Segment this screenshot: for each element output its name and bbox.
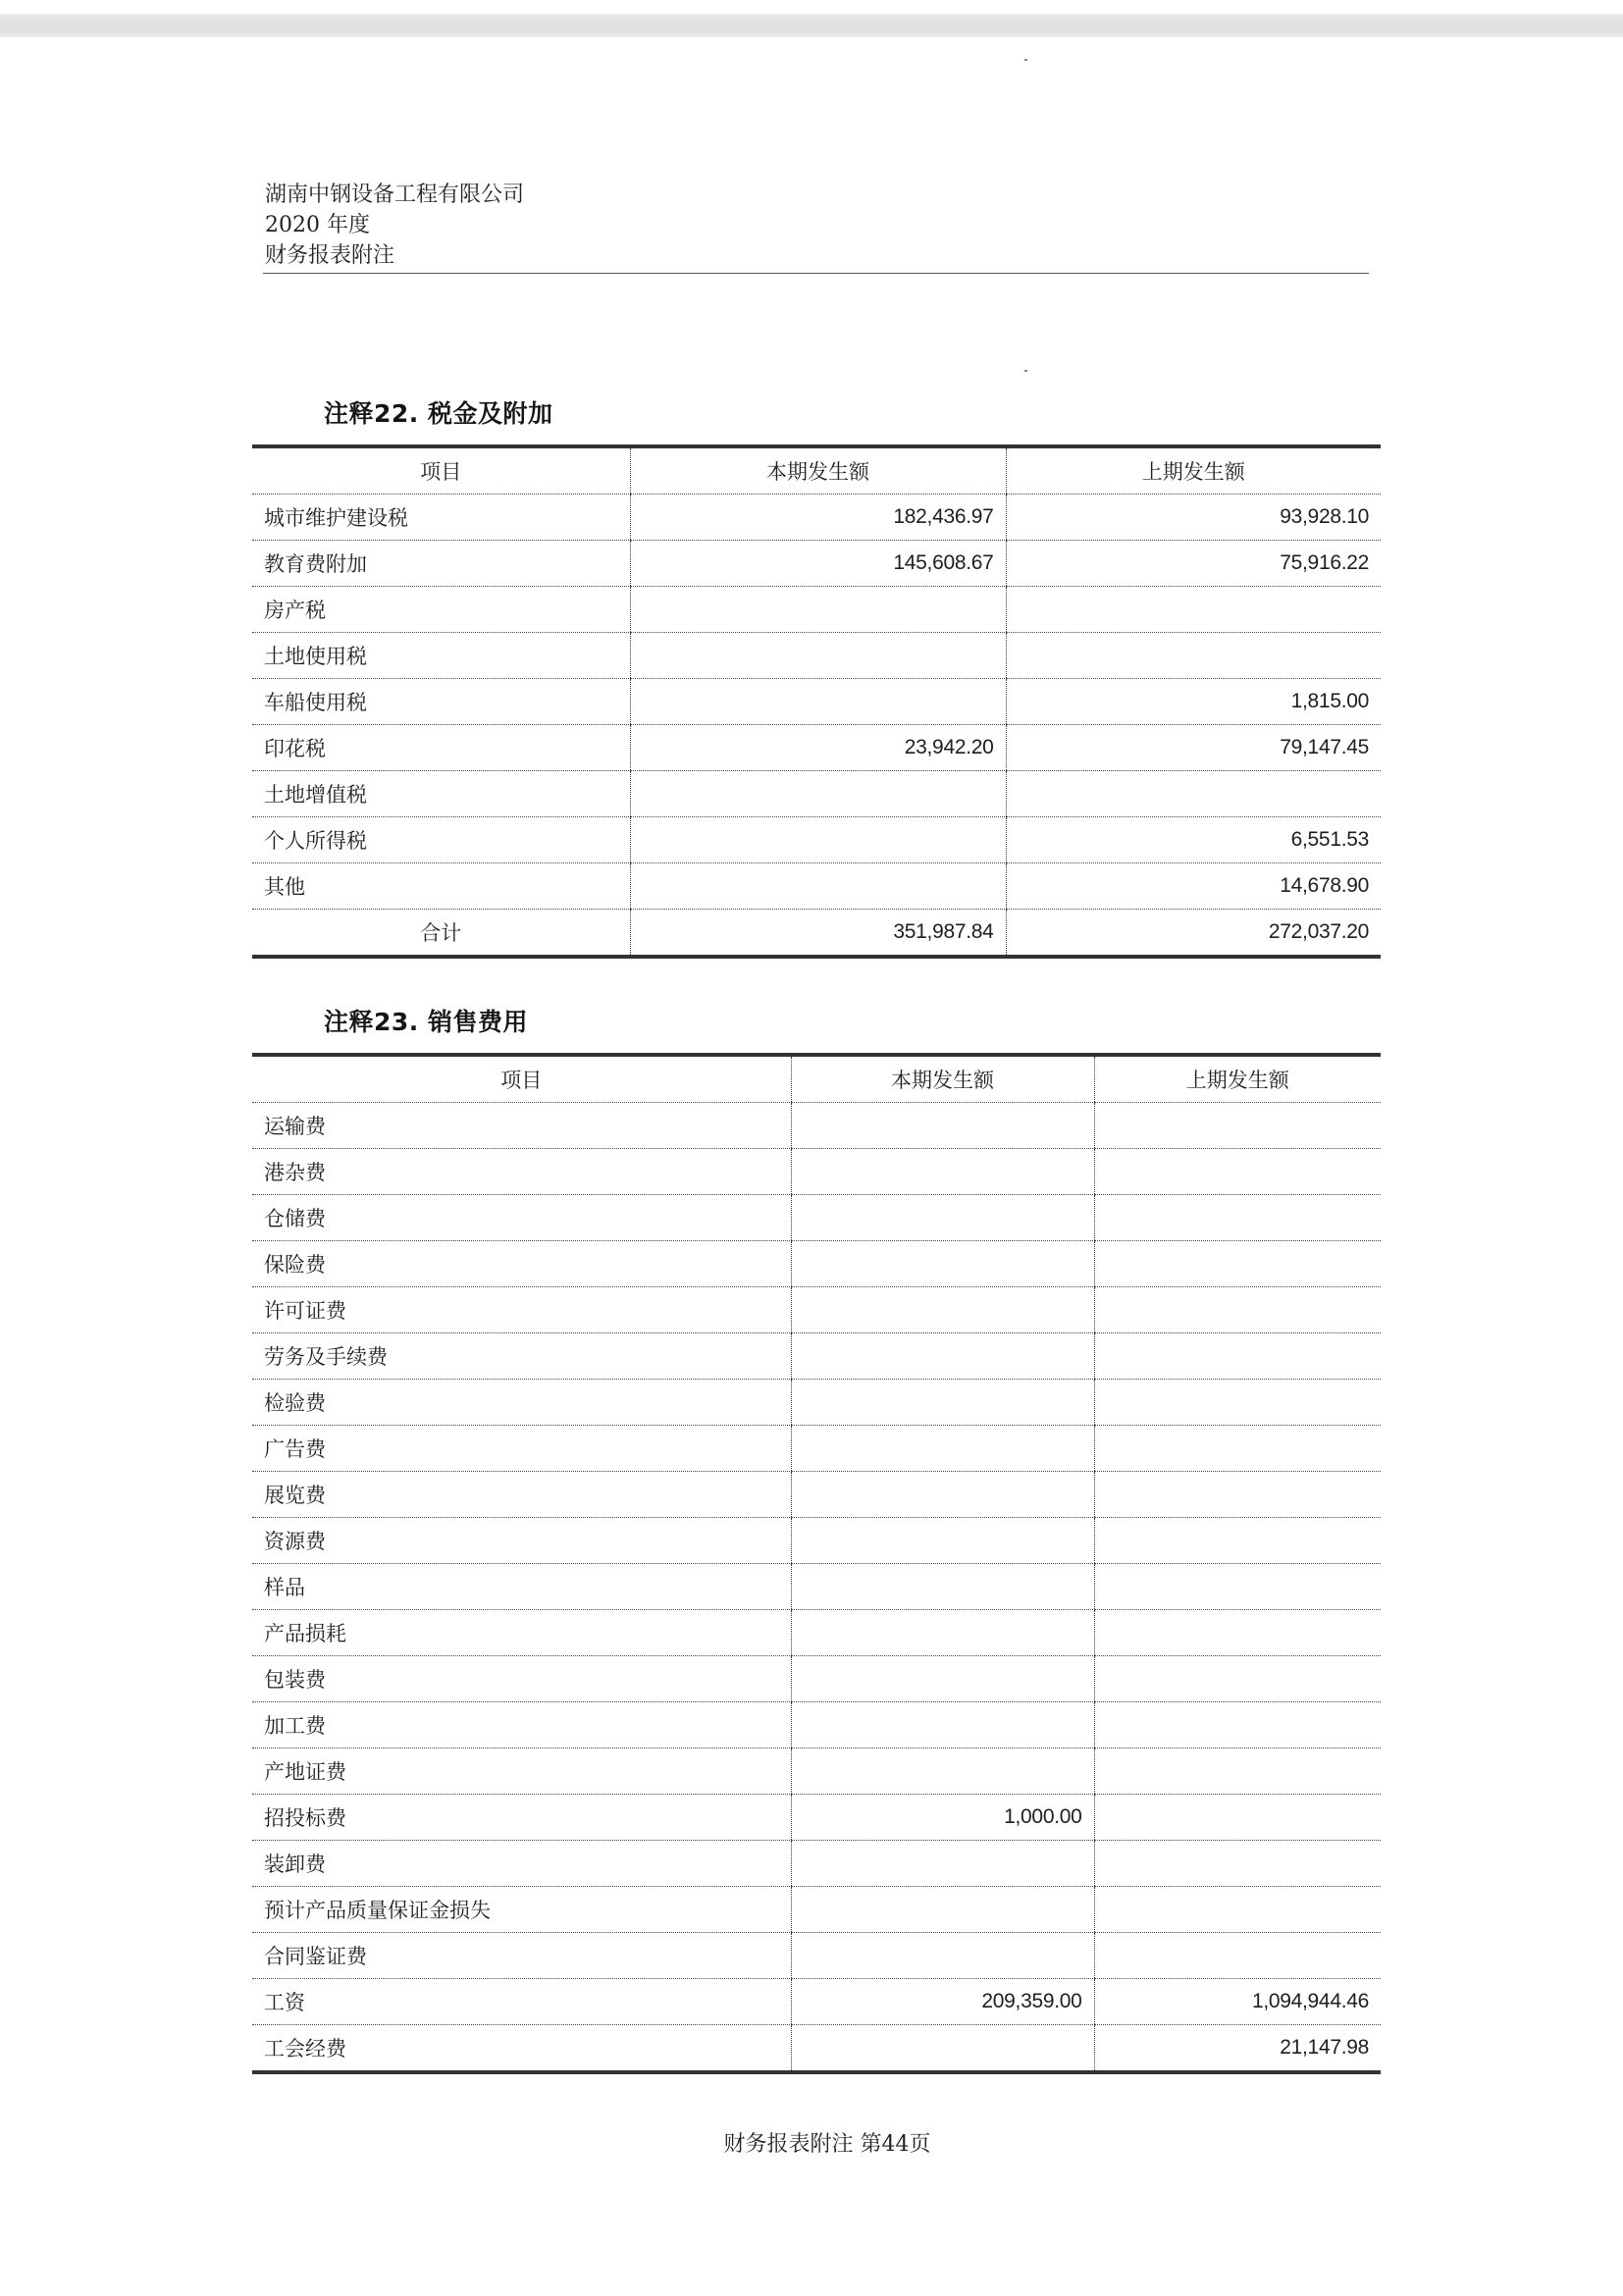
row-prior-amount: 21,147.98 [1094,2025,1381,2073]
row-current-amount [791,1333,1094,1380]
row-current-amount [630,633,1006,679]
row-prior-amount [1006,633,1381,679]
row-item-label: 土地增值税 [252,771,630,817]
row-prior-amount [1094,1564,1381,1610]
row-prior-amount [1094,1795,1381,1841]
row-item-label: 加工费 [252,1702,791,1748]
row-prior-amount: 75,916.22 [1006,541,1381,587]
row-item-label: 运输费 [252,1103,791,1149]
table-row: 房产税 [252,587,1381,633]
row-prior-amount [1094,1103,1381,1149]
row-current-amount [791,1287,1094,1333]
row-current-amount [791,1748,1094,1795]
row-prior-amount [1094,1841,1381,1887]
row-prior-amount: 14,678.90 [1006,863,1381,910]
row-current-amount [791,1564,1094,1610]
document-header: 湖南中钢设备工程有限公司 2020 年度 财务报表附注 [265,180,1369,271]
row-prior-amount [1094,1933,1381,1979]
table-row: 产地证费 [252,1748,1381,1795]
column-header-item: 项目 [252,446,630,495]
row-prior-amount [1006,771,1381,817]
table-row: 土地增值税 [252,771,1381,817]
row-item-label: 其他 [252,863,630,910]
row-item-label: 许可证费 [252,1287,791,1333]
row-current-amount [791,1195,1094,1241]
row-prior-amount [1094,1656,1381,1702]
table-row: 个人所得税6,551.53 [252,817,1381,863]
row-current-amount [791,1518,1094,1564]
row-current-amount: 182,436.97 [630,495,1006,541]
row-item-label: 保险费 [252,1241,791,1287]
row-current-amount [791,1380,1094,1426]
row-item-label: 土地使用税 [252,633,630,679]
row-prior-amount: 1,094,944.46 [1094,1979,1381,2025]
table-header-row: 项目 本期发生额 上期发生额 [252,1055,1381,1103]
row-prior-amount [1094,1287,1381,1333]
table-row: 港杂费 [252,1149,1381,1195]
row-item-label: 印花税 [252,725,630,771]
table-row: 保险费 [252,1241,1381,1287]
table-row: 包装费 [252,1656,1381,1702]
row-item-label: 广告费 [252,1426,791,1472]
table-row: 工会经费21,147.98 [252,2025,1381,2073]
table-row: 广告费 [252,1426,1381,1472]
row-prior-amount [1094,1887,1381,1933]
note23-title: 注释23. 销售费用 [324,1003,528,1038]
note23-table: 项目 本期发生额 上期发生额 运输费港杂费仓储费保险费许可证费劳务及手续费检验费… [252,1053,1381,2074]
table-row: 城市维护建设税182,436.9793,928.10 [252,495,1381,541]
table-row: 其他14,678.90 [252,863,1381,910]
row-current-amount [791,1933,1094,1979]
row-item-label: 劳务及手续费 [252,1333,791,1380]
scan-speck [1024,59,1027,61]
row-current-amount: 145,608.67 [630,541,1006,587]
row-item-label: 港杂费 [252,1149,791,1195]
row-current-amount [791,1656,1094,1702]
table-row: 许可证费 [252,1287,1381,1333]
row-item-label: 包装费 [252,1656,791,1702]
row-item-label: 合同鉴证费 [252,1933,791,1979]
row-current-amount [630,587,1006,633]
row-current-amount [791,1149,1094,1195]
column-header-prior: 上期发生额 [1094,1055,1381,1103]
table-row: 产品损耗 [252,1610,1381,1656]
column-header-item: 项目 [252,1055,791,1103]
row-prior-amount [1094,1748,1381,1795]
row-current-amount [791,1426,1094,1472]
total-label: 合计 [252,910,630,958]
row-current-amount [791,1887,1094,1933]
note22-table: 项目 本期发生额 上期发生额 城市维护建设税182,436.9793,928.1… [252,444,1381,959]
row-item-label: 仓储费 [252,1195,791,1241]
table-row: 样品 [252,1564,1381,1610]
row-prior-amount [1094,1333,1381,1380]
column-header-current: 本期发生额 [791,1055,1094,1103]
column-header-prior: 上期发生额 [1006,446,1381,495]
row-current-amount: 1,000.00 [791,1795,1094,1841]
row-item-label: 车船使用税 [252,679,630,725]
row-item-label: 产地证费 [252,1748,791,1795]
table-row: 工资209,359.001,094,944.46 [252,1979,1381,2025]
row-item-label: 检验费 [252,1380,791,1426]
table-row: 装卸费 [252,1841,1381,1887]
row-item-label: 产品损耗 [252,1610,791,1656]
row-item-label: 城市维护建设税 [252,495,630,541]
row-prior-amount [1094,1195,1381,1241]
header-rule [263,273,1369,274]
column-header-current: 本期发生额 [630,446,1006,495]
table-row: 加工费 [252,1702,1381,1748]
row-current-amount [630,679,1006,725]
report-year: 2020 年度 [265,210,1369,240]
row-current-amount: 209,359.00 [791,1979,1094,2025]
document-title: 财务报表附注 [265,240,1369,271]
row-item-label: 装卸费 [252,1841,791,1887]
row-prior-amount: 6,551.53 [1006,817,1381,863]
table-row: 印花税23,942.2079,147.45 [252,725,1381,771]
row-current-amount [791,1702,1094,1748]
scan-edge-band [0,14,1623,37]
table-total-row: 合计351,987.84272,037.20 [252,910,1381,958]
table-row: 劳务及手续费 [252,1333,1381,1380]
row-item-label: 工会经费 [252,2025,791,2073]
row-prior-amount [1006,587,1381,633]
table-row: 合同鉴证费 [252,1933,1381,1979]
row-item-label: 资源费 [252,1518,791,1564]
row-item-label: 个人所得税 [252,817,630,863]
row-prior-amount: 79,147.45 [1006,725,1381,771]
table-row: 招投标费1,000.00 [252,1795,1381,1841]
company-name: 湖南中钢设备工程有限公司 [265,180,1369,210]
row-item-label: 展览费 [252,1472,791,1518]
row-current-amount [791,1610,1094,1656]
row-item-label: 预计产品质量保证金损失 [252,1887,791,1933]
row-current-amount [791,1241,1094,1287]
row-item-label: 房产税 [252,587,630,633]
row-prior-amount [1094,1149,1381,1195]
row-item-label: 教育费附加 [252,541,630,587]
row-current-amount [791,2025,1094,2073]
note22-title: 注释22. 税金及附加 [324,394,553,430]
row-prior-amount: 93,928.10 [1006,495,1381,541]
row-prior-amount [1094,1610,1381,1656]
table-header-row: 项目 本期发生额 上期发生额 [252,446,1381,495]
row-item-label: 招投标费 [252,1795,791,1841]
table-row: 土地使用税 [252,633,1381,679]
table-row: 资源费 [252,1518,1381,1564]
row-current-amount [630,771,1006,817]
row-current-amount [791,1103,1094,1149]
row-current-amount [791,1472,1094,1518]
total-current-amount: 351,987.84 [630,910,1006,958]
table-row: 运输费 [252,1103,1381,1149]
row-prior-amount: 1,815.00 [1006,679,1381,725]
row-prior-amount [1094,1702,1381,1748]
table-row: 检验费 [252,1380,1381,1426]
row-prior-amount [1094,1241,1381,1287]
table-row: 教育费附加145,608.6775,916.22 [252,541,1381,587]
page-footer: 财务报表附注 第44页 [0,2127,1623,2158]
row-current-amount [791,1841,1094,1887]
row-current-amount: 23,942.20 [630,725,1006,771]
row-current-amount [630,817,1006,863]
row-item-label: 工资 [252,1979,791,2025]
row-prior-amount [1094,1472,1381,1518]
row-prior-amount [1094,1426,1381,1472]
table-row: 车船使用税1,815.00 [252,679,1381,725]
table-row: 展览费 [252,1472,1381,1518]
row-item-label: 样品 [252,1564,791,1610]
row-current-amount [630,863,1006,910]
row-prior-amount [1094,1380,1381,1426]
total-prior-amount: 272,037.20 [1006,910,1381,958]
table-row: 仓储费 [252,1195,1381,1241]
row-prior-amount [1094,1518,1381,1564]
scan-speck [1024,370,1027,372]
table-row: 预计产品质量保证金损失 [252,1887,1381,1933]
